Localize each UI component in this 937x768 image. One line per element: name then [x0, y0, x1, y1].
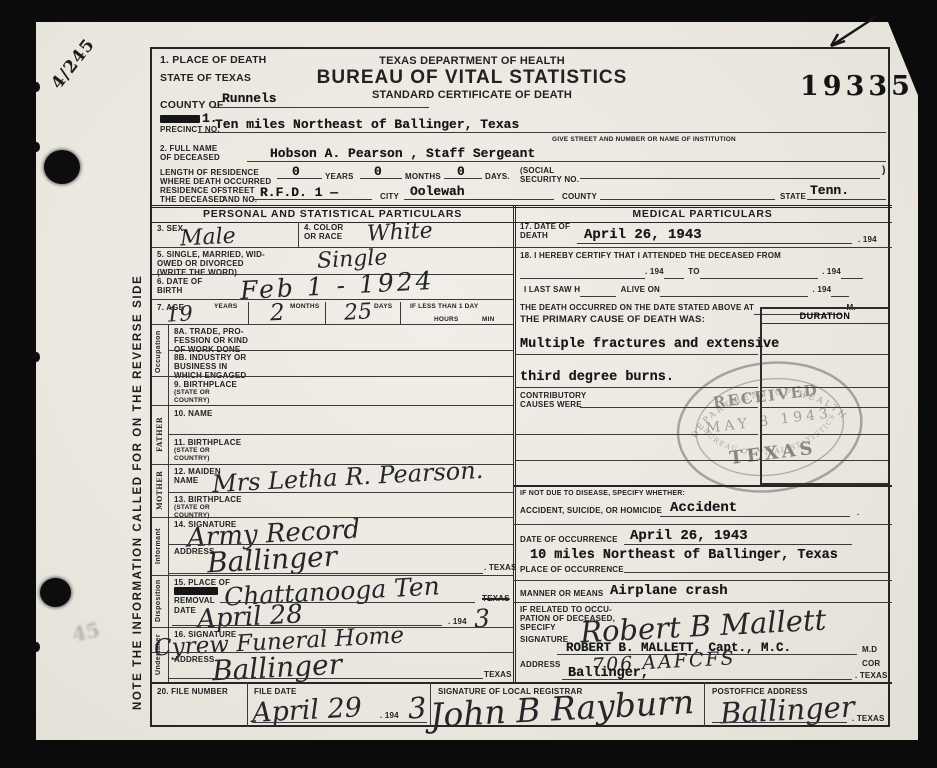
occurrence-date-value: April 26, 1943	[630, 528, 748, 544]
rule	[600, 199, 775, 200]
rule	[807, 199, 886, 200]
rule	[513, 485, 892, 487]
age-days-value: 25	[343, 299, 372, 325]
certificate-number: 19335	[800, 71, 914, 102]
county2-label: COUNTY	[562, 192, 597, 201]
cert-title: STANDARD CERTIFICATE OF DEATH	[292, 89, 652, 101]
rule	[624, 572, 889, 573]
rule	[444, 178, 482, 179]
undertaker-address-state: TEXAS	[484, 670, 512, 679]
cell-divider	[298, 222, 299, 247]
occurrence-place-value: 10 miles Northeast of Ballinger, Texas	[530, 548, 838, 563]
rule	[404, 199, 554, 200]
cell-divider	[247, 682, 248, 727]
rule	[277, 178, 322, 179]
color-label-2: OR RACE	[304, 232, 342, 241]
film-frame-number: 4/245	[47, 35, 99, 93]
reverse-side-note: NOTE THE INFORMATION CALLED FOR ON THE R…	[132, 190, 144, 710]
date-of-death-year-suffix: . 194	[858, 235, 877, 244]
primary-cause-label: THE PRIMARY CAUSE OF DEATH WAS:	[520, 315, 705, 324]
informant-address-state: . TEXAS	[484, 563, 517, 572]
paper-edge-mark	[33, 142, 40, 152]
file-date-value: April 29	[251, 692, 362, 729]
accident-period: .	[857, 508, 859, 517]
date-of-death-value: April 26, 1943	[584, 227, 702, 243]
rule	[580, 178, 880, 179]
ink-smudge: 45	[70, 617, 102, 646]
birthplace-label-3: COUNTRY)	[174, 397, 210, 405]
county-value: Runnels	[222, 91, 277, 106]
mother-birthplace-label-2: (STATE OR	[174, 504, 210, 512]
rule	[168, 678, 483, 679]
accident-value: Accident	[670, 500, 737, 516]
marital-label-3: (WRITE THE WORD)	[157, 268, 237, 277]
age-days-label: DAYS	[374, 303, 392, 311]
ssn-paren: )	[882, 164, 886, 176]
contributory-label-2: CAUSES WERE	[520, 400, 582, 409]
rule	[152, 682, 892, 684]
hole-punch-top	[44, 150, 80, 184]
received-stamp: DEPARTMENT OF HEALTH BUREAU OF VITAL STA…	[664, 346, 876, 514]
age-years-label: YEARS	[214, 303, 237, 311]
residence-days-value: 0	[457, 164, 465, 179]
paper-edge-mark	[33, 642, 40, 652]
redaction-mark	[174, 587, 218, 595]
min-label: MIN	[482, 316, 495, 324]
removal-year: . 194	[448, 617, 467, 626]
street-value: R.F.D. 1 —	[260, 185, 338, 200]
last-saw-line: I LAST SAW H ALIVE ON . 194	[524, 279, 892, 297]
date-of-death-label: 17. DATE OF	[520, 222, 570, 231]
cell-divider	[248, 302, 249, 324]
fullname-label: 2. FULL NAME	[160, 144, 217, 153]
residence-length-label-2: WHERE DEATH OCCURRED	[160, 177, 271, 186]
rule	[252, 722, 427, 723]
physician-state: . TEXAS	[855, 671, 888, 680]
dob-label-2: BIRTH	[157, 286, 182, 295]
age-months-label: MONTHS	[290, 303, 319, 311]
bureau-title: BUREAU OF VITAL STATISTICS	[292, 67, 652, 89]
occurrence-date-label: DATE OF OCCURRENCE	[520, 535, 618, 544]
certify-statement: 18. I HEREBY CERTIFY THAT I ATTENDED THE…	[520, 251, 781, 260]
dept-title: TEXAS DEPARTMENT OF HEALTH	[292, 55, 652, 67]
duration-header: DURATION	[762, 309, 888, 324]
paper-edge-mark	[33, 352, 40, 362]
rule	[168, 434, 513, 435]
date-of-death-label-2: DEATH	[520, 231, 548, 240]
contributory-label: CONTRIBUTORY	[520, 391, 586, 400]
accident-suicide-label: ACCIDENT, SUICIDE, OR HOMICIDE	[520, 506, 662, 515]
rule	[247, 161, 886, 162]
medical-section-header: MEDICAL PARTICULARS	[513, 205, 892, 223]
scan-bottom-band	[0, 740, 937, 768]
file-date-year: . 194	[380, 711, 399, 720]
father-birthplace-label-3: COUNTRY)	[174, 455, 210, 463]
postoffice-state: . TEXAS	[852, 714, 885, 723]
cor-label: COR	[862, 659, 880, 668]
residence-years-value: 0	[292, 164, 300, 179]
rule	[513, 524, 892, 525]
father-birthplace-label-2: (STATE OR	[174, 447, 210, 455]
hours-label: HOURS	[434, 316, 458, 324]
manner-label: MANNER OR MEANS	[520, 589, 603, 598]
rule	[562, 679, 852, 680]
rule	[198, 132, 886, 133]
precinct-value: Ten miles Northeast of Ballinger, Texas	[215, 117, 519, 132]
file-number-label: 20. FILE NUMBER	[157, 687, 228, 696]
county-label: COUNTY OF	[160, 99, 223, 111]
months-label: MONTHS	[405, 172, 441, 181]
rule	[360, 178, 402, 179]
physician-signature-label: SIGNATURE	[520, 635, 568, 644]
industry-label-2: BUSINESS IN	[174, 362, 227, 371]
cell-divider	[704, 682, 705, 727]
personal-section-header: PERSONAL AND STATISTICAL PARTICULARS	[152, 205, 513, 223]
street-label: STREET	[222, 186, 255, 195]
city-value: Oolewah	[410, 184, 465, 199]
rule	[252, 199, 372, 200]
microfilm-scan: 4/245 45 NOTE THE INFORMATION CALLED FOR…	[0, 0, 937, 768]
pen-arrow-mark	[805, 8, 895, 56]
marital-label-2: OWED OR DIVORCED	[157, 259, 244, 268]
color-value: White	[366, 218, 433, 246]
physician-address-label: ADDRESS	[520, 660, 561, 669]
stamp-state-text: TEXAS	[728, 438, 817, 469]
rule	[660, 516, 850, 517]
side-strip-divider	[168, 324, 169, 682]
rule	[513, 602, 892, 603]
removal-state-struck: TEXAS	[482, 594, 510, 603]
hole-punch-bottom	[40, 578, 71, 607]
occupation-side-label: Occupation	[155, 327, 162, 377]
related-occupation-label-3: SPECIFY	[520, 623, 556, 632]
rule	[513, 580, 892, 581]
rule	[577, 243, 852, 244]
attended-from-line: . 194 TO . 194	[520, 261, 888, 279]
state-value: Tenn.	[810, 183, 849, 198]
father-side-label: FATHER	[155, 407, 164, 462]
postoffice-value: Ballinger	[719, 689, 855, 730]
city-label: CITY	[380, 192, 399, 201]
residence-months-value: 0	[374, 164, 382, 179]
file-date-label: FILE DATE	[254, 687, 297, 696]
rule	[152, 299, 513, 300]
document-paper: 4/245 45 NOTE THE INFORMATION CALLED FOR…	[36, 22, 918, 740]
industry-label: 8B. INDUSTRY OR	[174, 353, 246, 362]
mother-side-label: MOTHER	[155, 465, 164, 515]
birthplace-label-2: (STATE OR	[174, 389, 210, 397]
institution-hint: GIVE STREET AND NUMBER OR NAME OF INSTIT…	[552, 136, 736, 144]
related-occupation-label: IF RELATED TO OCCU-	[520, 605, 612, 614]
ssn-label: (SOCIAL	[520, 166, 554, 175]
years-label: YEARS	[325, 172, 354, 181]
column-divider	[513, 205, 516, 682]
rule	[168, 492, 513, 493]
birthplace-label: 9. BIRTHPLACE	[174, 380, 237, 389]
cell-divider	[400, 302, 401, 324]
rule	[152, 376, 513, 377]
manner-value: Airplane crash	[610, 583, 728, 599]
cell-divider	[325, 302, 326, 324]
fullname-label-2: OF DECEASED	[160, 153, 220, 162]
md-label: M.D	[862, 645, 877, 654]
state-label: STATE	[780, 192, 806, 201]
age-years-value: 19	[165, 301, 193, 326]
rule	[515, 354, 758, 355]
place-of-death-label: 1. PLACE OF DEATH	[160, 54, 266, 66]
father-name-label: 10. NAME	[174, 409, 213, 418]
color-label: 4. COLOR	[304, 223, 343, 232]
trade-label: 8A. TRADE, PRO-	[174, 327, 244, 336]
removal-label: 15. PLACE OF	[174, 578, 230, 587]
age-months-value: 2	[269, 300, 285, 327]
occurrence-place-label: PLACE OF OCCURRENCE	[520, 565, 624, 574]
rule	[168, 350, 513, 351]
rule	[624, 544, 852, 545]
less-than-day-label: IF LESS THAN 1 DAY	[410, 303, 478, 311]
residence-length-label: LENGTH OF RESIDENCE	[160, 168, 259, 177]
if-not-disease-label: IF NOT DUE TO DISEASE, SPECIFY WHETHER:	[520, 490, 685, 498]
cause-of-death-line2: third degree burns.	[520, 370, 674, 385]
residence-of-label: RESIDENCE OF	[160, 186, 222, 195]
rule	[214, 107, 429, 108]
file-date-year-hw: 3	[407, 691, 427, 726]
residence-of-label-2: THE DECEASED	[160, 195, 225, 204]
informant-side-label: Informant	[155, 519, 162, 573]
maiden-label-2: NAME	[174, 476, 198, 485]
rule	[152, 575, 513, 576]
marital-label: 5. SINGLE, MARRIED, WID-	[157, 250, 265, 259]
death-certificate-form: 1. PLACE OF DEATH STATE OF TEXAS TEXAS D…	[150, 47, 890, 727]
mother-birthplace-label: 13. BIRTHPLACE	[174, 495, 242, 504]
state-of-texas-label: STATE OF TEXAS	[160, 72, 251, 84]
paper-edge-mark	[33, 82, 40, 92]
rule	[712, 722, 847, 723]
rule	[152, 405, 513, 406]
rule	[152, 324, 513, 325]
removal-year-hw: 3	[473, 604, 490, 634]
stamp-received-text: RECEIVED	[712, 381, 820, 412]
mother-birthplace-label-3: COUNTRY)	[174, 512, 210, 520]
ssn-label-2: SECURITY NO.	[520, 175, 579, 184]
trade-label-2: FESSION OR KIND	[174, 336, 248, 345]
undertaker-address-label: ADDRESS	[174, 655, 215, 664]
days-label: DAYS.	[485, 172, 510, 181]
fullname-value: Hobson A. Pearson , Staff Sergeant	[270, 146, 535, 161]
father-birthplace-label: 11. BIRTHPLACE	[174, 438, 241, 447]
dob-label: 6. DATE OF	[157, 277, 202, 286]
rule	[513, 247, 892, 248]
disposition-side-label: Disposition	[155, 576, 162, 626]
cause-of-death-line1: Multiple fractures and extensive	[520, 337, 779, 352]
removal-date-label: DATE	[174, 606, 196, 615]
redaction-mark	[160, 115, 200, 123]
